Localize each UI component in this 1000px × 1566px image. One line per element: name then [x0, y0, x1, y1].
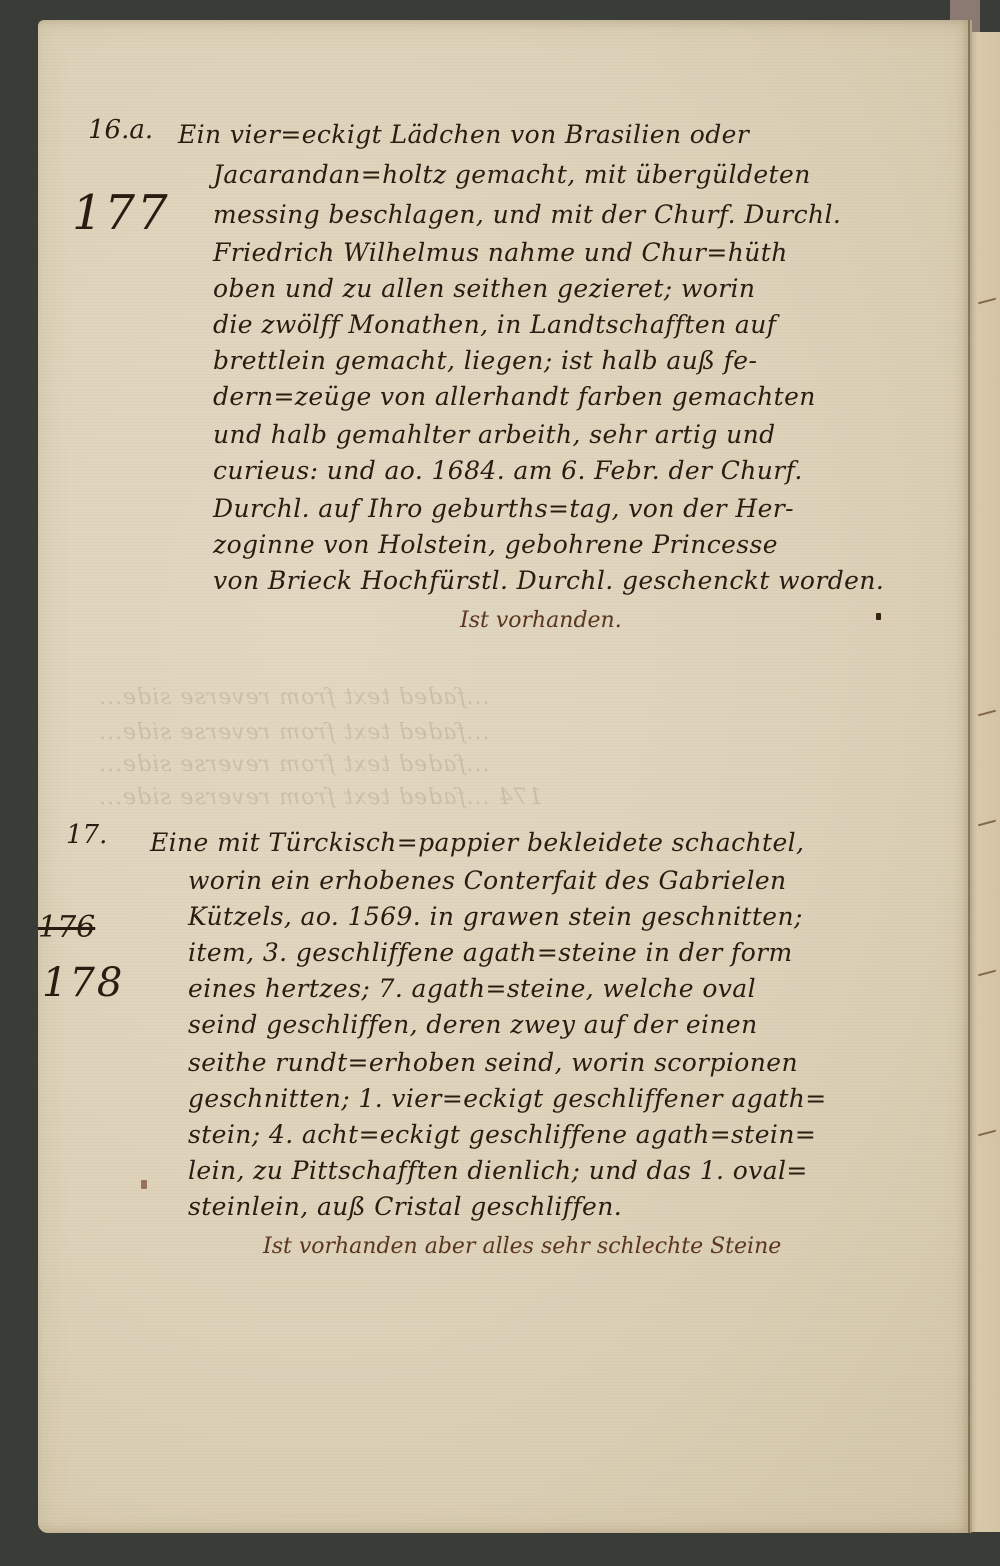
text-line: brettlein gemacht, liegen; ist halb auß … — [213, 346, 757, 375]
text-line: Eine mit Türckisch=pappier bekleidete sc… — [150, 828, 804, 857]
facing-page-edge — [968, 32, 1000, 1532]
text-line: Jacarandan=holtz gemacht, mit übergüldet… — [213, 160, 811, 189]
catalog-number: 178 — [42, 960, 124, 1006]
text-line: Durchl. auf Ihro geburths=tag, von der H… — [213, 494, 794, 523]
manuscript-page: ...faded text from reverse side... ...fa… — [38, 20, 972, 1533]
entry-number: 17. — [66, 820, 107, 850]
text-line: oben und zu allen seithen gezieret; wori… — [213, 274, 755, 303]
facing-page-ink-mark — [978, 820, 996, 827]
text-line: dern=zeüge von allerhandt farben gemacht… — [213, 382, 816, 411]
text-line: steinlein, auß Cristal geschliffen. — [188, 1192, 622, 1221]
facing-page-ink-mark — [978, 1130, 996, 1137]
ink-speck — [876, 613, 881, 620]
scan-background — [0, 0, 1000, 22]
facing-page-ink-mark — [978, 970, 996, 977]
text-line: Ein vier=eckigt Lädchen von Brasilien od… — [178, 120, 749, 149]
struck-catalog-number: 176 — [38, 910, 95, 945]
facing-page-ink-mark — [978, 298, 996, 305]
ink-speck — [141, 1180, 147, 1189]
text-line: curieus: und ao. 1684. am 6. Febr. der C… — [213, 456, 803, 485]
text-line: seithe rundt=erhoben seind, worin scorpi… — [188, 1048, 798, 1077]
bleed-through-line: 174 ...faded text from reverse side... — [98, 785, 542, 810]
text-line: geschnitten; 1. vier=eckigt geschliffene… — [188, 1084, 827, 1113]
catalog-number: 177 — [72, 185, 170, 241]
text-line: die zwölff Monathen, in Landtschafften a… — [213, 310, 776, 339]
facing-page-ink-mark — [978, 710, 996, 717]
text-line: Kützels, ao. 1569. in grawen stein gesch… — [188, 902, 803, 931]
text-line: item, 3. geschliffene agath=steine in de… — [188, 938, 793, 967]
text-line: Friedrich Wilhelmus nahme und Chur=hüth — [213, 238, 788, 267]
text-line: zoginne von Holstein, gebohrene Princess… — [213, 530, 778, 559]
status-note: Ist vorhanden aber alles sehr schlechte … — [263, 1234, 781, 1259]
text-line: lein, zu Pittschafften dienlich; und das… — [188, 1156, 808, 1185]
text-line: messing beschlagen, und mit der Churf. D… — [213, 200, 841, 229]
text-line: von Brieck Hochfürstl. Durchl. geschenck… — [213, 566, 884, 595]
entry-number: 16.a. — [88, 115, 153, 145]
text-line: eines hertzes; 7. agath=steine, welche o… — [188, 974, 756, 1003]
text-line: seind geschliffen, deren zwey auf der ei… — [188, 1010, 758, 1039]
bleed-through-line: ...faded text from reverse side... — [98, 720, 490, 745]
text-line: und halb gemahlter arbeith, sehr artig u… — [213, 420, 776, 449]
bleed-through-line: ...faded text from reverse side... — [98, 685, 490, 710]
text-line: worin ein erhobenes Conterfait des Gabri… — [188, 866, 787, 895]
page-gutter — [968, 20, 970, 1533]
status-note: Ist vorhanden. — [460, 608, 622, 633]
text-line: stein; 4. acht=eckigt geschliffene agath… — [188, 1120, 816, 1149]
bleed-through-line: ...faded text from reverse side... — [98, 752, 490, 777]
